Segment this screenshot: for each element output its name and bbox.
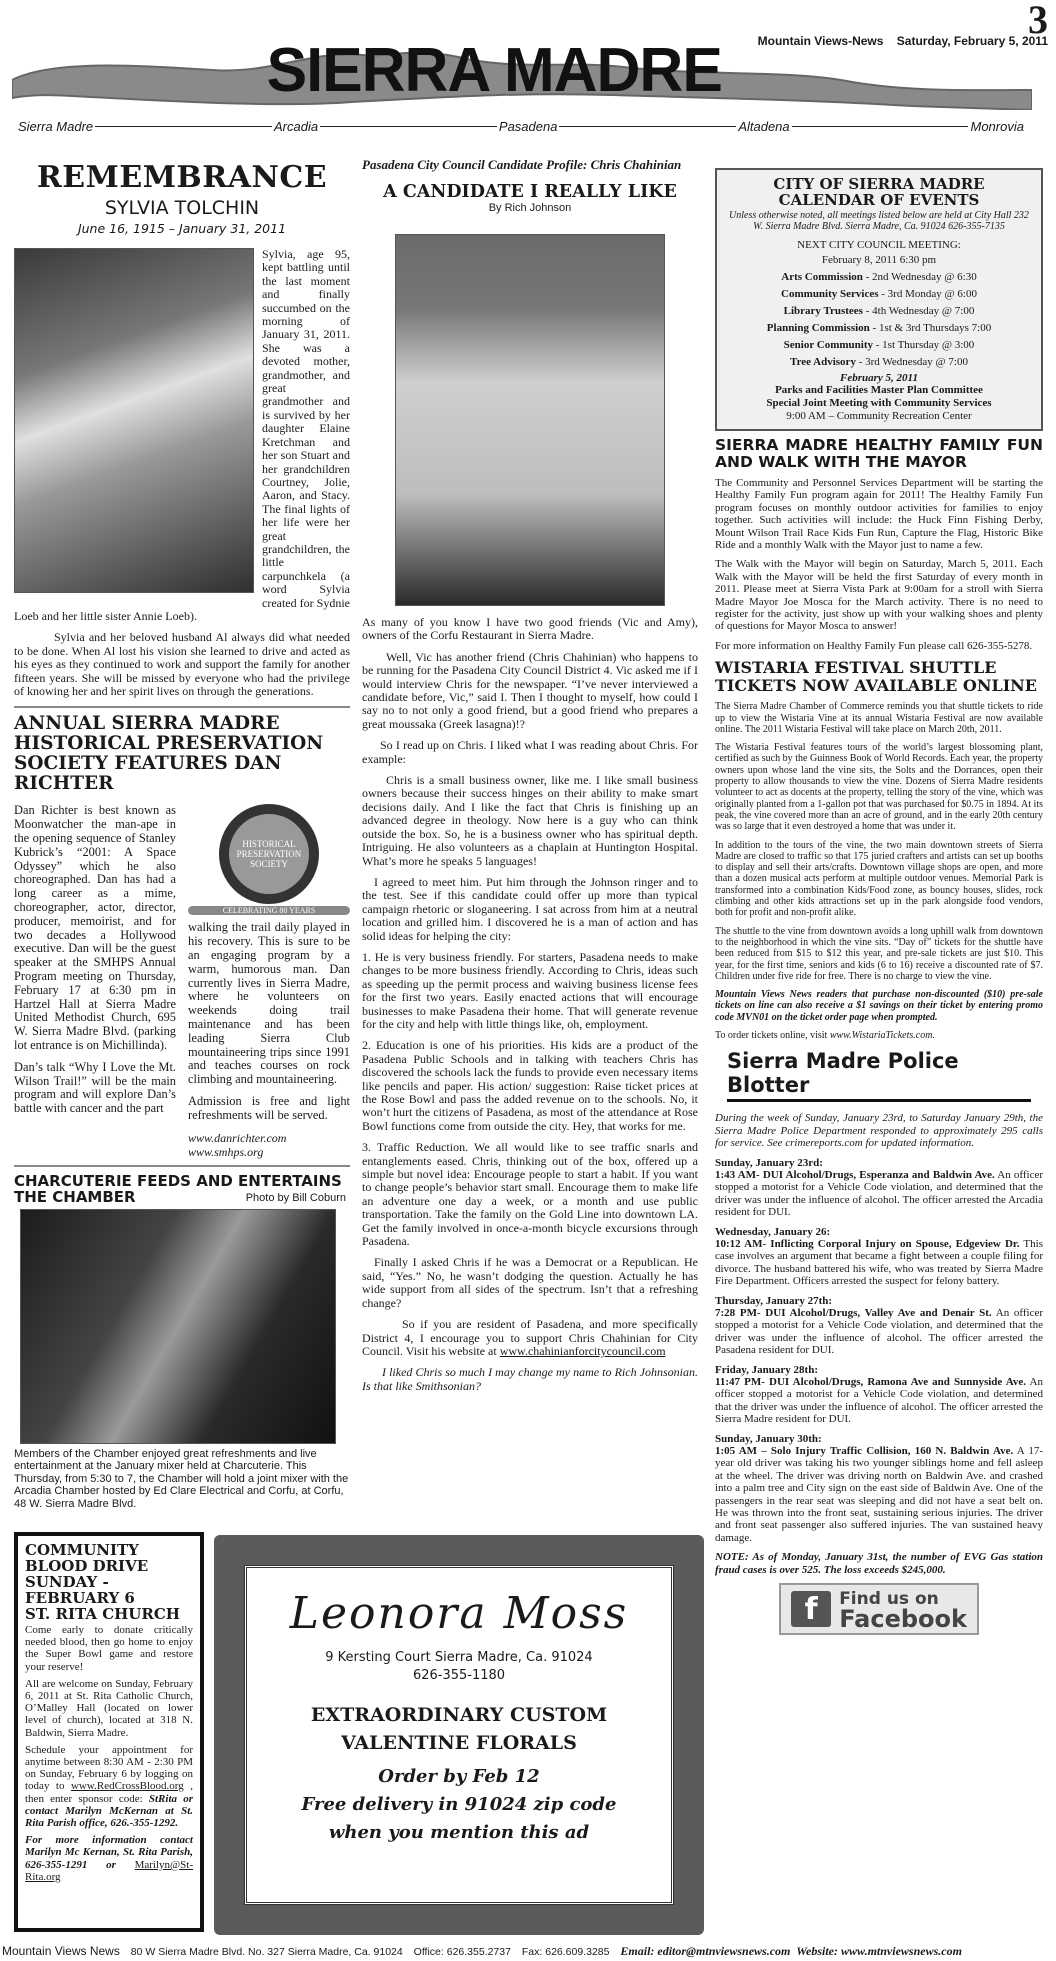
candidate-article: Pasadena City Council Candidate Profile:… [362, 158, 698, 1393]
police-blotter: Sierra Madre Police Blotter During the w… [715, 1049, 1043, 1635]
remembrance-title: REMEMBRANCE [14, 160, 350, 195]
city-label: Pasadena [497, 119, 560, 134]
candidate-signoff: I liked Chris so much I may change my na… [362, 1366, 698, 1393]
smhps-paragraph: Dan Richter is best known as Moonwatcher… [14, 804, 176, 1052]
wistaria-tickets-link[interactable]: www.WistariaTickets.com. [830, 1030, 935, 1041]
city-label: Monrovia [968, 119, 1025, 134]
wistaria-headline: WISTARIA FESTIVAL SHUTTLE TICKETS NOW AV… [715, 659, 1043, 695]
entry-day: Thursday, January 27th: [715, 1295, 832, 1307]
item-name: Library Trustees [784, 305, 863, 317]
redcross-link[interactable]: www.RedCrossBlood.org [71, 1780, 184, 1792]
publication-date: Saturday, February 5, 2011 [897, 34, 1048, 48]
smhps-paragraph: Dan’s talk “Why I Love the Mt. Wilson Tr… [14, 1061, 176, 1116]
publication-name: Mountain Views-News [758, 34, 884, 48]
healthy-family-article: SIERRA MADRE HEALTHY FAMILY FUN AND WALK… [715, 437, 1043, 652]
blotter-intro: During the week of Sunday, January 23rd,… [715, 1112, 1043, 1149]
wistaria-order: To order tickets online, visit www.Wista… [715, 1030, 1043, 1041]
item-when: - 1st & 3rd Thursdays 7:00 [870, 322, 991, 334]
special-date: February 5, 2011 [723, 372, 1035, 384]
entry-day: Wednesday, January 26: [715, 1226, 830, 1238]
wistaria-paragraph: In addition to the tours of the vine, th… [715, 840, 1043, 919]
smhps-article: ANNUAL SIERRA MADRE HISTORICAL PRESERVAT… [14, 714, 350, 1158]
candidate-paragraph: 2. Education is one of his priorities. H… [362, 1039, 698, 1133]
entry-title: 11:47 PM- DUI Alcohol/Drugs, Ramona Ave … [715, 1376, 1026, 1388]
candidate-paragraph: 1. He is very business friendly. For sta… [362, 951, 698, 1031]
brand-logo: Leonora Moss [247, 1588, 671, 1639]
blood-drive-paragraph: Schedule your appointment for anytime be… [25, 1744, 193, 1829]
entry-title: 1:05 AM – Solo Injury Traffic Collision,… [715, 1445, 1013, 1457]
title-line: ST. RITA CHURCH [25, 1606, 193, 1622]
city-label: Sierra Madre [16, 119, 95, 134]
column-left: REMEMBRANCE SYLVIA TOLCHIN June 16, 1915… [14, 150, 350, 1510]
section-divider [14, 706, 350, 708]
candidate-paragraph: So I read up on Chris. I liked what I wa… [362, 739, 698, 766]
photo-caption: Members of the Chamber enjoyed great ref… [14, 1448, 350, 1511]
calendar-item: Community Services - 3rd Monday @ 6:00 [723, 287, 1035, 302]
smhps-logo-ribbon: CELEBRATING 80 YEARS [188, 906, 350, 915]
article-kicker: Pasadena City Council Candidate Profile:… [362, 158, 698, 172]
facebook-icon: f [791, 1591, 831, 1627]
blotter-entry: Sunday, January 30th:1:05 AM – Solo Inju… [715, 1433, 1043, 1545]
special-line: Parks and Facilities Master Plan Committ… [723, 384, 1035, 397]
footer-office: Office: 626.355.2737 [414, 1946, 511, 1958]
calendar-subtitle: Unless otherwise noted, all meetings lis… [723, 210, 1035, 232]
special-line: 9:00 AM – Community Recreation Center [723, 410, 1035, 423]
wistaria-promo: Mountain Views News readers that purchas… [715, 989, 1043, 1023]
headline-line: EXTRAORDINARY CUSTOM [247, 1701, 671, 1729]
candidate-paragraph: Well, Vic has another friend (Chris Chah… [362, 651, 698, 731]
candidate-paragraph: Finally I asked Chris if he was a Democr… [362, 1256, 698, 1310]
ad-address: 9 Kersting Court Sierra Madre, Ca. 91024 [247, 1649, 671, 1667]
facebook-button[interactable]: f Find us on Facebook [779, 1583, 979, 1635]
deceased-name: SYLVIA TOLCHIN [14, 197, 350, 219]
headline-line: VALENTINE FLORALS [247, 1729, 671, 1757]
smhps-logo-text: HISTORICAL PRESERVATION SOCIETY [229, 839, 309, 869]
candidate-paragraph: Chris is a small business owner, like me… [362, 774, 698, 868]
title-line: FEBRUARY 6 [25, 1590, 193, 1606]
candidate-paragraph: So if you are resident of Pasadena, and … [362, 1318, 698, 1358]
entry-day: Sunday, January 30th: [715, 1433, 822, 1445]
column-middle: Pasadena City Council Candidate Profile:… [362, 158, 698, 1401]
entry-title: 7:28 PM- DUI Alcohol/Drugs, Valley Ave a… [715, 1307, 992, 1319]
calendar-item: Tree Advisory - 3rd Wednesday @ 7:00 [723, 355, 1035, 370]
healthy-family-paragraph: The Walk with the Mayor will begin on Sa… [715, 558, 1043, 632]
facebook-label: Find us on Facebook [839, 1589, 967, 1629]
candidate-paragraph: 3. Traffic Reduction. We all would like … [362, 1141, 698, 1248]
footer-email[interactable]: Email: editor@mtnviewsnews.com [620, 1944, 790, 1958]
candidate-website-link[interactable]: www.chahinianforcitycouncil.com [500, 1344, 666, 1358]
calendar-item: Planning Commission - 1st & 3rd Thursday… [723, 321, 1035, 336]
smhps-paragraph: Admission is free and light refreshments… [188, 1095, 350, 1123]
wistaria-paragraph: The shuttle to the vine from downtown av… [715, 926, 1043, 982]
item-name: Planning Commission [767, 322, 870, 334]
candidate-paragraph: As many of you know I have two good frie… [362, 616, 698, 643]
item-when: - 2nd Wednesday @ 6:30 [863, 271, 977, 283]
blood-drive-paragraph: Come early to donate critically needed b… [25, 1624, 193, 1673]
special-line: Special Joint Meeting with Community Ser… [723, 397, 1035, 410]
candidate-headline: A CANDIDATE I REALLY LIKE [362, 182, 698, 202]
section-divider [14, 1165, 350, 1167]
remembrance-paragraph: Sylvia and her beloved husband Al always… [14, 631, 350, 698]
entry-day: Friday, January 28th: [715, 1364, 818, 1376]
calendar-of-events-box: CITY OF SIERRA MADRE CALENDAR OF EVENTS … [715, 168, 1043, 431]
charcuterie-photo [20, 1209, 336, 1444]
footer-publication: Mountain Views News [2, 1944, 120, 1958]
blood-drive-box: COMMUNITY BLOOD DRIVE SUNDAY - FEBRUARY … [14, 1532, 204, 1932]
tagline-line: when you mention this ad [247, 1819, 671, 1847]
wistaria-paragraph: The Wistaria Festival features tours of … [715, 742, 1043, 832]
item-when: - 3rd Monday @ 6:00 [879, 288, 977, 300]
masthead-title: SIERRA MADRE [267, 40, 722, 102]
photo-credit: Photo by Bill Coburn [246, 1192, 346, 1205]
item-when: - 4th Wednesday @ 7:00 [863, 305, 974, 317]
tagline-line: Free delivery in 91024 zip code [247, 1791, 671, 1819]
smhps-headline: ANNUAL SIERRA MADRE HISTORICAL PRESERVAT… [14, 714, 350, 794]
cities-bar: Sierra Madre Arcadia Pasadena Altadena M… [16, 118, 1026, 134]
healthy-family-paragraph: The Community and Personnel Services Dep… [715, 477, 1043, 551]
blotter-headline: Sierra Madre Police Blotter [727, 1049, 1031, 1102]
title-line: COMMUNITY [25, 1542, 193, 1558]
tagline-line: Order by Feb 12 [247, 1763, 671, 1791]
blotter-entry: Sunday, January 23rd:1:43 AM- DUI Alcoho… [715, 1157, 1043, 1219]
blood-drive-paragraph: All are welcome on Sunday, February 6, 2… [25, 1678, 193, 1739]
calendar-title: CITY OF SIERRA MADRE [723, 176, 1035, 192]
entry-text: A 17-year old driver was taking his two … [715, 1445, 1043, 1544]
florist-advertisement: Leonora Moss 9 Kersting Court Sierra Mad… [214, 1535, 704, 1935]
column-right: CITY OF SIERRA MADRE CALENDAR OF EVENTS … [715, 168, 1043, 1635]
item-name: Community Services [781, 288, 878, 300]
blotter-entry: Thursday, January 27th:7:28 PM- DUI Alco… [715, 1295, 1043, 1357]
candidate-photo [395, 234, 665, 606]
entry-title: 1:43 AM- DUI Alcohol/Drugs, Esperanza an… [715, 1169, 995, 1181]
next-meeting-date: February 8, 2011 6:30 pm [723, 253, 1035, 268]
blotter-entry: Friday, January 28th:11:47 PM- DUI Alcoh… [715, 1364, 1043, 1426]
wistaria-article: WISTARIA FESTIVAL SHUTTLE TICKETS NOW AV… [715, 659, 1043, 1041]
life-dates: June 16, 1915 – January 31, 2011 [14, 221, 350, 236]
facebook-line: Facebook [839, 1609, 967, 1629]
ad-tagline: Order by Feb 12 Free delivery in 91024 z… [247, 1763, 671, 1847]
city-label: Arcadia [272, 119, 320, 134]
smhps-paragraph: walking the trail daily played in his re… [188, 921, 350, 1087]
healthy-family-headline: SIERRA MADRE HEALTHY FAMILY FUN AND WALK… [715, 437, 1043, 471]
ad-headline: EXTRAORDINARY CUSTOM VALENTINE FLORALS [247, 1701, 671, 1757]
entry-day: Sunday, January 23rd: [715, 1157, 823, 1169]
candidate-paragraph: I agreed to meet him. Put him through th… [362, 876, 698, 943]
smhps-logo: HISTORICAL PRESERVATION SOCIETY [219, 804, 319, 904]
title-line: SUNDAY - [25, 1574, 193, 1590]
title-line: BLOOD DRIVE [25, 1558, 193, 1574]
danrichter-link[interactable]: www.danrichter.com [188, 1131, 286, 1145]
byline: By Rich Johnson [362, 202, 698, 214]
blood-drive-paragraph: For more information contact Marilyn Mc … [25, 1834, 193, 1883]
healthy-family-paragraph: For more information on Healthy Family F… [715, 640, 1043, 652]
portrait-photo-sylvia [14, 248, 254, 593]
footer-address: 80 W Sierra Madre Blvd. No. 327 Sierra M… [131, 1946, 403, 1958]
publication-line: Mountain Views-News Saturday, February 5… [748, 34, 1048, 48]
blotter-note: NOTE: As of Monday, January 31st, the nu… [715, 1551, 1043, 1576]
item-name: Arts Commission [781, 271, 863, 283]
footer-fax: Fax: 626.609.3285 [522, 1946, 610, 1958]
wistaria-paragraph: The Sierra Madre Chamber of Commerce rem… [715, 701, 1043, 735]
footer-website[interactable]: Website: www.mtnviewsnews.com [796, 1944, 962, 1958]
item-when: - 3rd Wednesday @ 7:00 [856, 356, 968, 368]
masthead: 3 Mountain Views-News Saturday, February… [0, 0, 1056, 140]
page-footer: Mountain Views News 80 W Sierra Madre Bl… [0, 1944, 1056, 1961]
charcuterie-article: CHARCUTERIE FEEDS AND ENTERTAINS THE CHA… [14, 1173, 350, 1511]
ad-panel: Leonora Moss 9 Kersting Court Sierra Mad… [244, 1565, 674, 1905]
remembrance-article: REMEMBRANCE SYLVIA TOLCHIN June 16, 1915… [14, 160, 350, 698]
calendar-item: Arts Commission - 2nd Wednesday @ 6:30 [723, 270, 1035, 285]
blotter-entry: Wednesday, January 26:10:12 AM- Inflicti… [715, 1226, 1043, 1288]
text: To order tickets online, visit [715, 1030, 830, 1041]
ad-phone: 626-355-1180 [247, 1667, 671, 1685]
blood-drive-title: COMMUNITY BLOOD DRIVE SUNDAY - FEBRUARY … [25, 1542, 193, 1622]
calendar-item: Library Trustees - 4th Wednesday @ 7:00 [723, 304, 1035, 319]
item-name: Senior Community [784, 339, 873, 351]
next-meeting-label: NEXT CITY COUNCIL MEETING: [723, 238, 1035, 253]
entry-title: 10:12 AM- Inflicting Corporal Injury on … [715, 1238, 1020, 1250]
city-label: Altadena [736, 119, 791, 134]
item-name: Tree Advisory [790, 356, 856, 368]
smhps-link[interactable]: www.smhps.org [188, 1145, 263, 1159]
calendar-title: CALENDAR OF EVENTS [723, 192, 1035, 208]
calendar-item: Senior Community - 1st Thursday @ 3:00 [723, 338, 1035, 353]
item-when: - 1st Thursday @ 3:00 [873, 339, 974, 351]
